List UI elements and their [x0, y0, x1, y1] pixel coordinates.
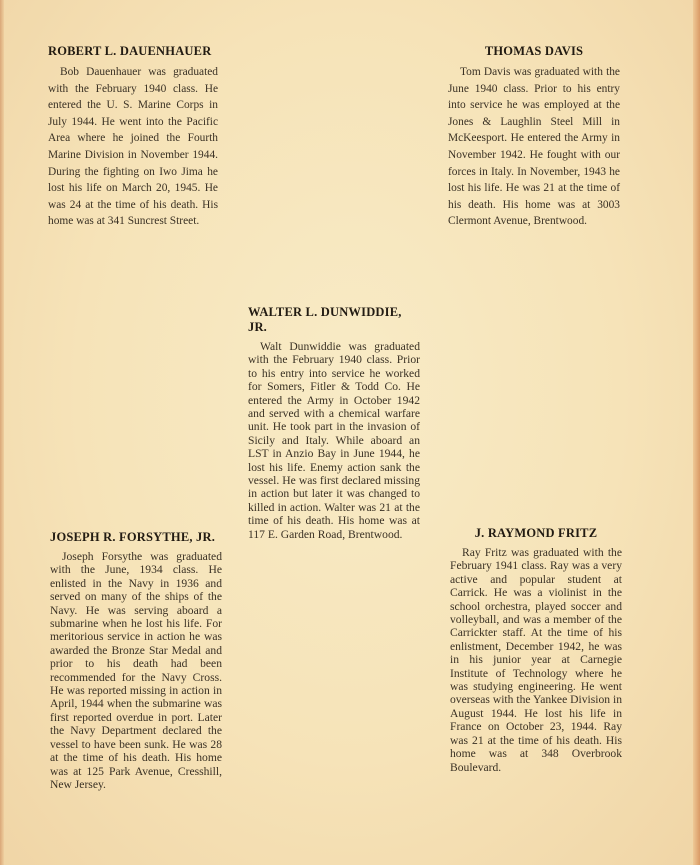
- memorial-entry-forsythe: JOSEPH R. FORSYTHE, JR. Joseph Forsythe …: [50, 530, 222, 791]
- entry-text: Tom Davis was graduated with the June 19…: [448, 64, 620, 230]
- entry-text: Walt Dunwiddie was graduated with the Fe…: [248, 340, 420, 541]
- entry-text: Ray Fritz was graduated with the Februar…: [450, 546, 622, 774]
- memorial-entry-davis: THOMAS DAVIS Tom Davis was graduated wit…: [448, 44, 620, 230]
- entry-name: WALTER L. DUNWIDDIE, JR.: [248, 305, 420, 335]
- memorial-entry-fritz: J. RAYMOND FRITZ Ray Fritz was graduated…: [450, 526, 622, 774]
- entry-name: THOMAS DAVIS: [448, 44, 620, 59]
- entry-name: JOSEPH R. FORSYTHE, JR.: [50, 530, 222, 545]
- page-edge-right: [693, 0, 700, 865]
- entry-name: J. RAYMOND FRITZ: [450, 526, 622, 541]
- page-edge-left: [0, 0, 4, 865]
- memorial-entry-dunwiddie: WALTER L. DUNWIDDIE, JR. Walt Dunwiddie …: [248, 305, 420, 541]
- memorial-entry-dauenhauer: ROBERT L. DAUENHAUER Bob Dauenhauer was …: [48, 44, 218, 230]
- entry-text: Bob Dauenhauer was graduated with the Fe…: [48, 64, 218, 230]
- entry-name: ROBERT L. DAUENHAUER: [48, 44, 218, 59]
- entry-text: Joseph Forsythe was graduated with the J…: [50, 550, 222, 791]
- memorial-page: ROBERT L. DAUENHAUER Bob Dauenhauer was …: [0, 0, 700, 865]
